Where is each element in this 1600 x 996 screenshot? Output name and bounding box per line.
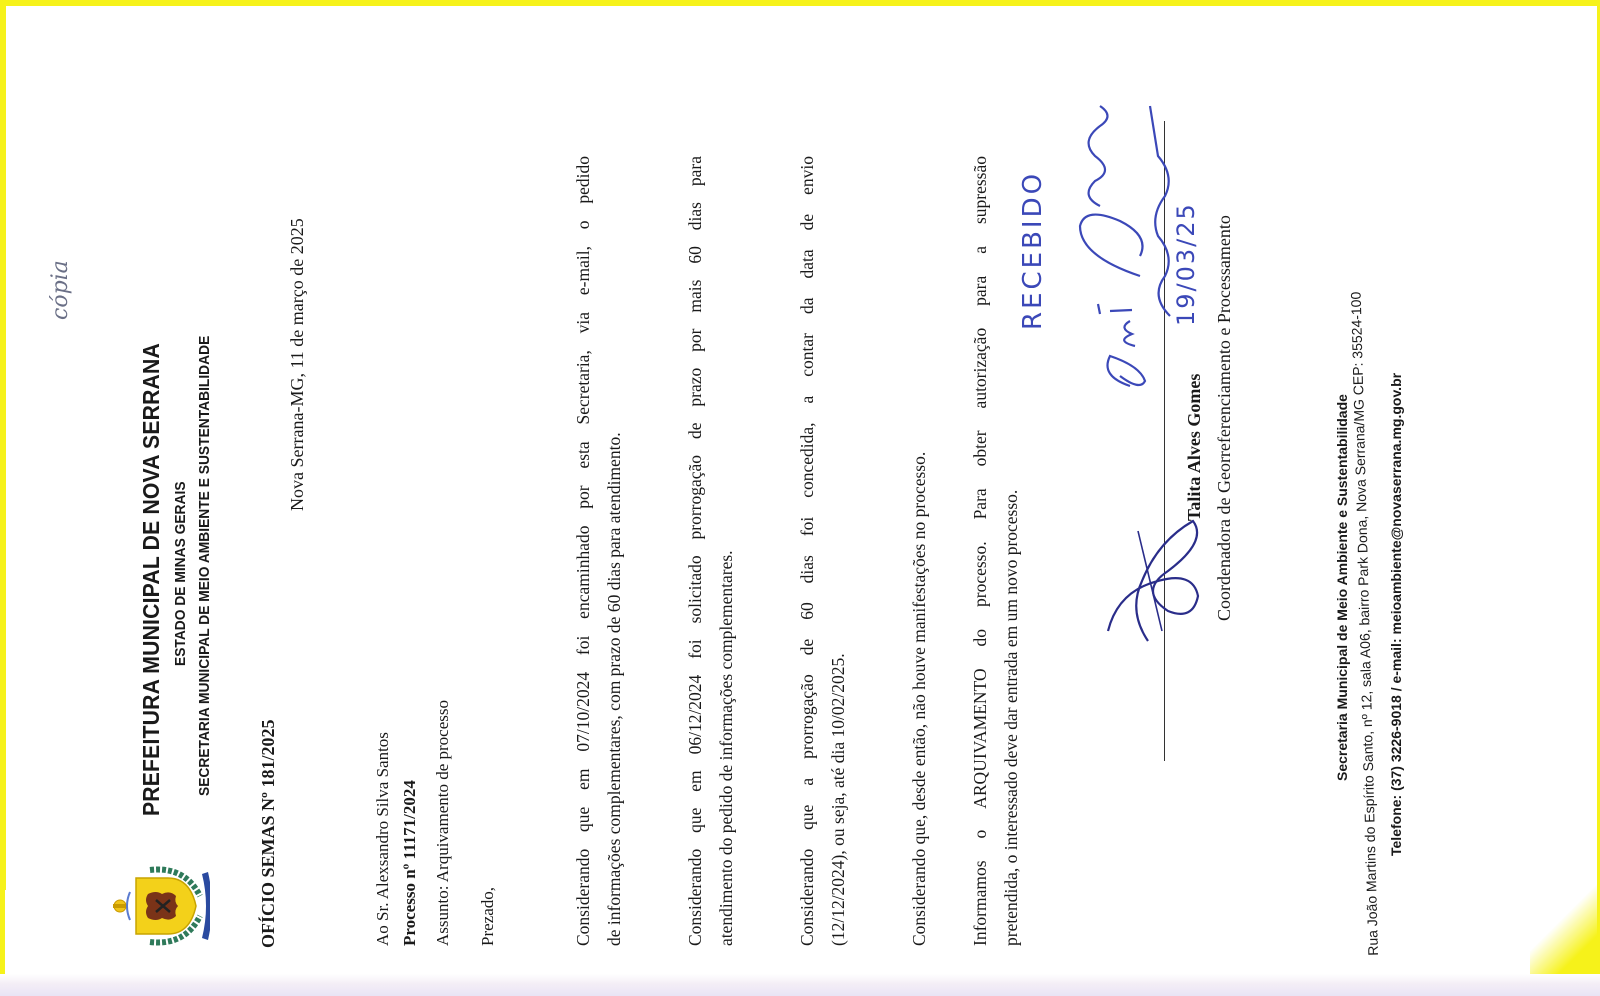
paragraph-line: Informamos o ARQUIVAMENTO do processo. P… [965,156,996,946]
subject: Assunto: Arquivamento de processo [433,700,453,946]
paragraph-line: Considerando que em 06/12/2024 foi solic… [680,156,711,946]
paragraph-3: Considerando que a prorrogação de 60 dia… [792,156,854,946]
municipality-title: PREFEITURA MUNICIPAL DE NOVA SERRANA [138,343,165,816]
document-page: PREFEITURA MUNICIPAL DE NOVA SERRANA EST… [0,0,1600,996]
paragraph-line: atendimento do pedido de informações com… [711,156,742,946]
paragraph-line: Considerando que a prorrogação de 60 dia… [792,156,823,946]
secretariat-name: SECRETARIA MUNICIPAL DE MEIO AMBIENTE E … [196,336,213,796]
handwritten-copy-note: cópia [48,260,73,320]
document-reference: OFÍCIO SEMAS Nº 181/2025 [258,720,279,948]
process-number: Processo nº 11171/2024 [400,780,420,946]
paragraph-line: Considerando que, desde então, não houve… [904,156,935,946]
state-name: ESTADO DE MINAS GERAIS [172,481,189,666]
paragraph-2: Considerando que em 06/12/2024 foi solic… [680,156,742,946]
addressee: Ao Sr. Alexsandro Silva Santos [373,732,393,946]
greeting: Prezado, [478,887,498,946]
handwritten-signature-icon [1098,511,1218,651]
paragraph-line: Considerando que em 07/10/2024 foi encam… [568,156,599,946]
paragraph-1: Considerando que em 07/10/2024 foi encam… [568,156,630,946]
handwritten-received-date: 19/03/25 [1172,202,1200,326]
signatory-role: Coordenadora de Georreferenciamento e Pr… [1214,215,1235,621]
handwritten-receiver-signature-icon [1040,96,1180,396]
signature-line [1164,121,1165,761]
coat-of-arms-icon [110,856,210,956]
footer-office: Secretaria Municipal de Meio Ambiente e … [1334,394,1350,781]
paragraph-line: (12/12/2024), ou seja, até dia 10/02/202… [823,156,854,946]
paragraph-line: de informações complementares, com prazo… [599,156,630,946]
handwritten-received-label: RECEBIDO [1018,171,1048,330]
footer-contact: Telefone: (37) 3226-9018 / e-mail: meioa… [1388,373,1404,856]
place-date: Nova Serrana-MG, 11 de março de 2025 [287,218,308,511]
paragraph-4: Considerando que, desde então, não houve… [904,156,935,946]
signatory-name: Talita Alves Gomes [1184,374,1205,521]
footer-address: Rua João Martins do Espírito Santo, nº 1… [1348,292,1381,956]
